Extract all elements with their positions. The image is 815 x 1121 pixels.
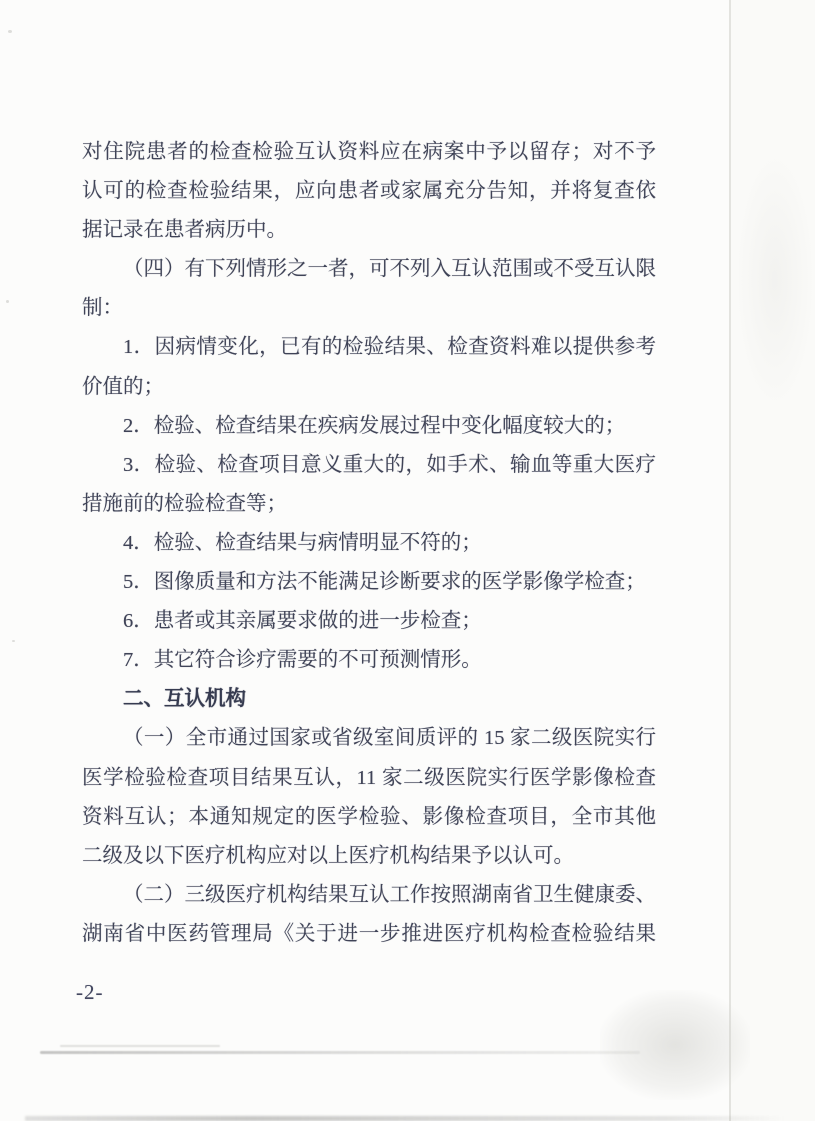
paragraph-line: 湖南省中医药管理局《关于进一步推进医疗机构检查检验结果: [82, 915, 656, 954]
scanned-document-page: 对住院患者的检查检验互认资料应在病案中予以留存；对不予 认可的检查检验结果，应向…: [0, 0, 815, 1121]
scan-artifact-smudge: [40, 1051, 640, 1054]
list-item-line: 价值的；: [82, 368, 656, 407]
scan-artifact-blotch: [735, 150, 815, 410]
scan-artifact-vertical-line: [729, 0, 731, 1121]
scan-artifact-speck: [6, 300, 9, 303]
scan-artifact-speck: [8, 30, 12, 33]
paragraph-line: （一）全市通过国家或省级室间质评的 15 家二级医院实行: [82, 719, 656, 758]
section-heading: 二、互认机构: [82, 680, 656, 719]
paragraph-line: （四）有下列情形之一者，可不列入互认范围或不受互认限: [82, 250, 656, 289]
scan-artifact-blotch: [600, 990, 750, 1100]
list-item-line: 7．其它符合诊疗需要的不可预测情形。: [82, 641, 656, 680]
scan-artifact-smudge: [60, 1045, 220, 1047]
list-item-line: 2．检验、检查结果在疾病发展过程中变化幅度较大的；: [82, 407, 656, 446]
list-item-line: 措施前的检验检查等；: [82, 485, 656, 524]
paragraph-line: 认可的检查检验结果，应向患者或家属充分告知，并将复查依: [82, 172, 656, 211]
list-item-line: 1．因病情变化，已有的检验结果、检查资料难以提供参考: [82, 328, 656, 367]
page-number: -2-: [76, 979, 104, 1005]
list-item-line: 6．患者或其亲属要求做的进一步检查；: [82, 602, 656, 641]
document-body: 对住院患者的检查检验互认资料应在病案中予以留存；对不予 认可的检查检验结果，应向…: [82, 133, 656, 954]
paragraph-line: 资料互认；本通知规定的医学检验、影像检查项目，全市其他: [82, 798, 656, 837]
list-item-line: 3．检验、检查项目意义重大的，如手术、输血等重大医疗: [82, 446, 656, 485]
list-item-line: 4．检验、检查结果与病情明显不符的；: [82, 524, 656, 563]
list-item-line: 5．图像质量和方法不能满足诊断要求的医学影像学检查；: [82, 563, 656, 602]
scan-artifact-bottom-edge: [25, 1116, 785, 1121]
scan-artifact-speck: [12, 640, 15, 642]
paragraph-line: 据记录在患者病历中。: [82, 211, 656, 250]
paragraph-line: 医学检验检查项目结果互认，11 家二级医院实行医学影像检查: [82, 759, 656, 798]
paragraph-line: 二级及以下医疗机构应对以上医疗机构结果予以认可。: [82, 837, 656, 876]
paragraph-line: （二）三级医疗机构结果互认工作按照湖南省卫生健康委、: [82, 876, 656, 915]
paragraph-line: 对住院患者的检查检验互认资料应在病案中予以留存；对不予: [82, 133, 656, 172]
paragraph-line: 制：: [82, 289, 656, 328]
